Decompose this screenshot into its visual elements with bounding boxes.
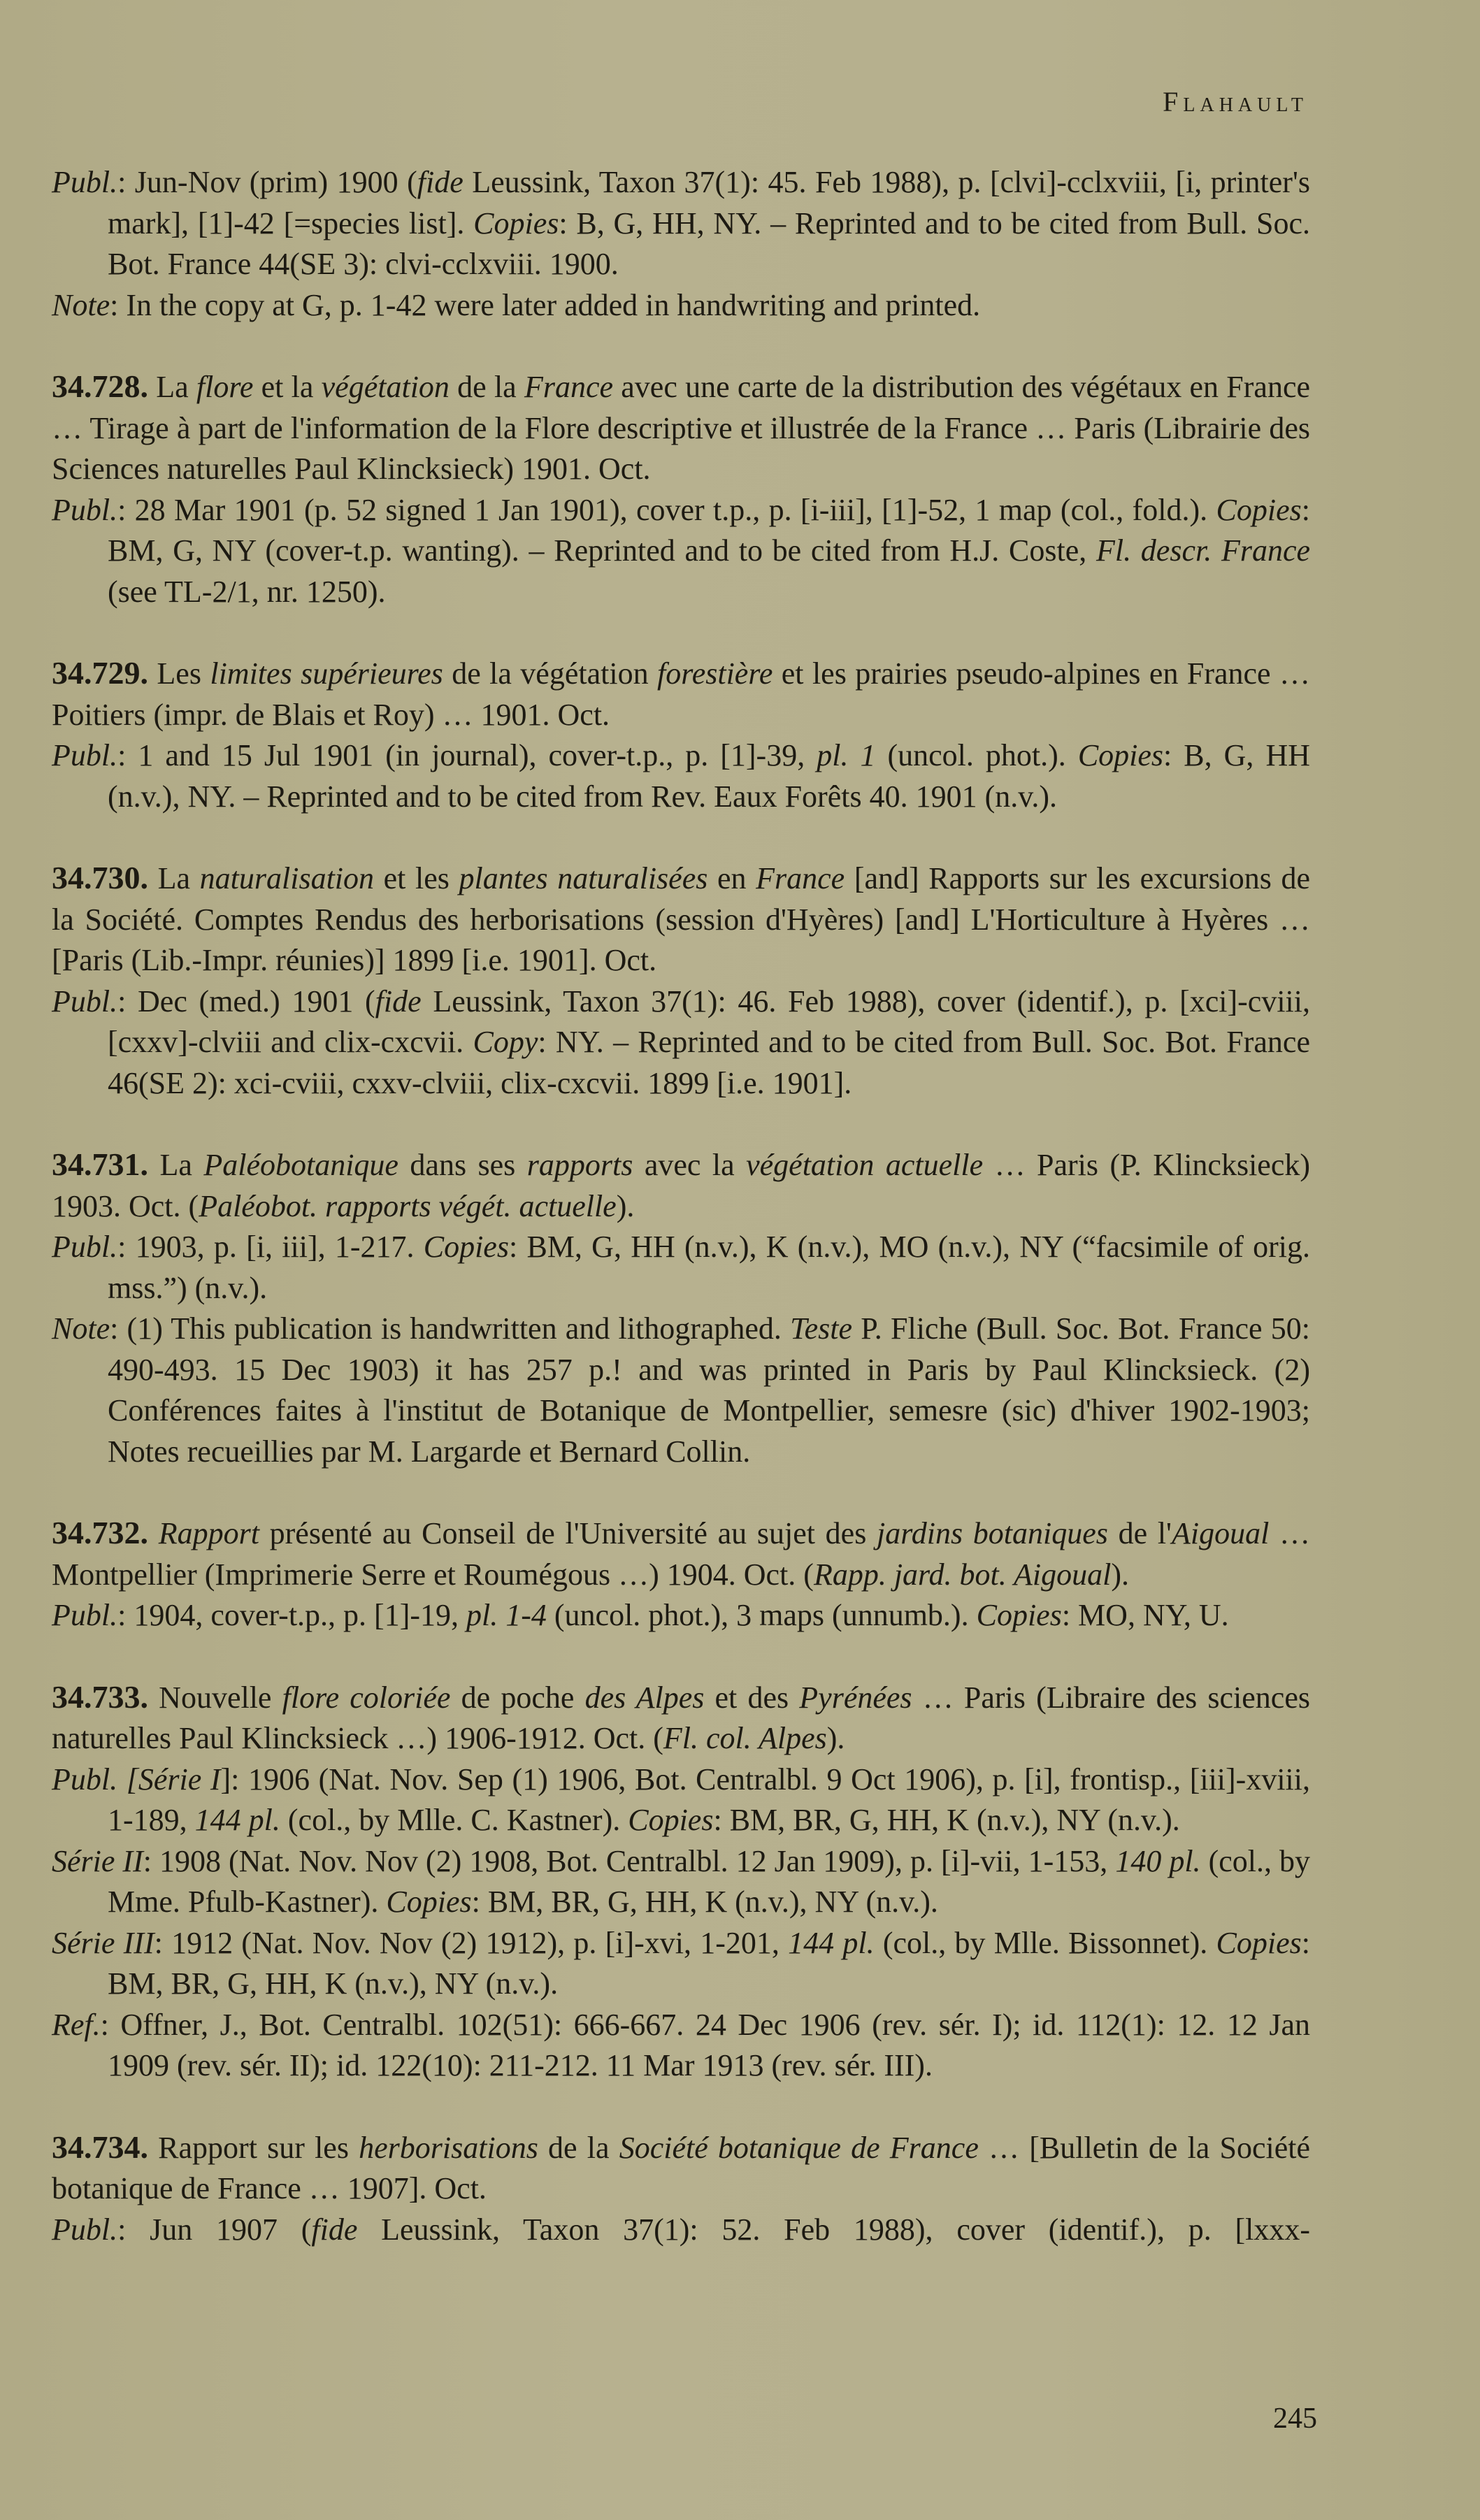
text: pl. 1: [817, 738, 875, 772]
text: forestière: [657, 656, 773, 691]
page-number: 245: [1273, 2402, 1317, 2435]
text: : 1912 (Nat. Nov. Nov (2) 1912), p. [i]-…: [155, 1926, 789, 1960]
entry-34-734: 34.734. Rapport sur les herborisations d…: [52, 2127, 1310, 2251]
copies-label: Copies: [628, 1803, 713, 1837]
publ-label: Publ.: [52, 2212, 117, 2247]
text: : Offner, J., Bot. Centralbl. 102(51): 6…: [101, 2008, 1310, 2083]
entry-number: 34.730.: [52, 860, 148, 895]
entry-34-733: 34.733. Nouvelle flore coloriée de poche…: [52, 1677, 1310, 2087]
publ-line: Publ.: 28 Mar 1901 (p. 52 signed 1 Jan 1…: [52, 490, 1310, 613]
serie-label: Série II: [52, 1844, 143, 1878]
fide: fide: [417, 165, 464, 199]
text: La: [148, 861, 200, 895]
book-page: Flahault Publ.: Jun-Nov (prim) 1900 (fid…: [0, 0, 1480, 2520]
text: des Alpes: [585, 1680, 705, 1715]
entry-34-731: 34.731. La Paléobotanique dans ses rappo…: [52, 1144, 1310, 1472]
running-head: Flahault: [1163, 85, 1308, 118]
text: : BM, BR, G, HH, K (n.v.), NY (n.v.).: [713, 1803, 1179, 1837]
publ-line: Publ.: 1 and 15 Jul 1901 (in journal), c…: [52, 735, 1310, 817]
copies-label: Copies: [1078, 738, 1163, 772]
fide: fide: [311, 2212, 357, 2247]
text: (uncol. phot.), 3 maps (unnumb.).: [547, 1598, 977, 1632]
entry-continuation: Publ.: Jun-Nov (prim) 1900 (fide Leussin…: [52, 162, 1310, 326]
serie-label: Série III: [52, 1926, 155, 1960]
entry-34-729: 34.729. Les limites supérieures de la vé…: [52, 653, 1310, 817]
text: herborisations: [359, 2131, 538, 2165]
text: La: [148, 1148, 203, 1182]
entry-number: 34.733.: [52, 1679, 148, 1715]
text: pl. 1-4: [466, 1598, 547, 1632]
text: en: [707, 861, 756, 895]
entry-number: 34.731.: [52, 1146, 148, 1182]
ref-label: Ref.: [52, 2008, 101, 2042]
text: Rapport: [159, 1516, 259, 1550]
text: : Jun-Nov (prim) 1900 (: [117, 165, 417, 199]
text: : In the copy at G, p. 1-42 were later a…: [110, 288, 980, 322]
text: naturalisation: [200, 861, 374, 895]
text: La: [148, 370, 196, 404]
text: Fl. col. Alpes: [663, 1721, 827, 1755]
text: flore coloriée: [282, 1680, 451, 1715]
text: végétation: [322, 370, 450, 404]
text: jardins botaniques: [877, 1516, 1108, 1550]
entry-number: 34.732.: [52, 1515, 148, 1550]
text: France: [756, 861, 845, 895]
text: (see TL-2/1, nr. 1250).: [108, 575, 386, 609]
text: rapports: [527, 1148, 633, 1182]
text: flore: [196, 370, 253, 404]
text: : Dec (med.) 1901 (: [117, 984, 375, 1018]
publ-label: Publ.: [52, 165, 117, 199]
entry-title: 34.729. Les limites supérieures de la vé…: [52, 653, 1310, 735]
entry-number: 34.734.: [52, 2129, 148, 2165]
text: Paléobotanique: [203, 1148, 398, 1182]
publ-line: Publ.: Jun 1907 (fide Leussink, Taxon 37…: [52, 2210, 1310, 2251]
publ-label: Publ.: [52, 1230, 117, 1264]
entry-34-730: 34.730. La naturalisation et les plantes…: [52, 858, 1310, 1104]
text: Société botanique de France: [619, 2131, 979, 2165]
text: : 28 Mar 1901 (p. 52 signed 1 Jan 1901),…: [117, 493, 1216, 527]
text: de poche: [450, 1680, 584, 1715]
text: : 1903, p. [i, iii], 1-217.: [117, 1230, 424, 1264]
publ-label: Publ.: [52, 1598, 117, 1632]
text: de la végétation: [443, 656, 657, 691]
entry-title: 34.733. Nouvelle flore coloriée de poche…: [52, 1677, 1310, 1759]
text: Série I: [138, 1762, 221, 1797]
text: et des: [704, 1680, 799, 1715]
serie-1-line: Publ. [Série I]: 1906 (Nat. Nov. Sep (1)…: [52, 1759, 1310, 1841]
text: Paléobot. rapports végét. actuelle: [199, 1189, 617, 1223]
text: de la: [450, 370, 524, 404]
text: ).: [617, 1189, 635, 1223]
copies-label: Copies: [1216, 493, 1302, 527]
text: ).: [1111, 1557, 1129, 1592]
text: : MO, NY, U.: [1062, 1598, 1229, 1632]
entry-title: 34.728. La flore et la végétation de la …: [52, 366, 1310, 490]
text: 140 pl.: [1115, 1844, 1200, 1878]
publ-line: Publ.: Jun-Nov (prim) 1900 (fide Leussin…: [52, 162, 1310, 285]
entry-34-732: 34.732. Rapport présenté au Conseil de l…: [52, 1513, 1310, 1636]
text: Fl. descr. France: [1096, 533, 1310, 568]
text: et les: [374, 861, 459, 895]
text: : (1) This publication is handwritten an…: [110, 1311, 790, 1346]
text: de la: [538, 2131, 619, 2165]
serie-3-line: Série III: 1912 (Nat. Nov. Nov (2) 1912)…: [52, 1923, 1310, 2005]
text: et la: [253, 370, 321, 404]
text: 144 pl.: [788, 1926, 874, 1960]
text: limites supérieures: [210, 656, 443, 691]
text: présenté au Conseil de l'Université au s…: [259, 1516, 877, 1550]
publ-label: Publ.: [52, 738, 117, 772]
entry-number: 34.728.: [52, 368, 148, 404]
copies-label: Copies: [386, 1885, 471, 1919]
copies-label: Copies: [977, 1598, 1062, 1632]
text: Leussink, Taxon 37(1): 52. Feb 1988), co…: [357, 2212, 1310, 2247]
copies-label: Copies: [1216, 1926, 1302, 1960]
entry-number: 34.729.: [52, 655, 148, 691]
text: plantes naturalisées: [459, 861, 708, 895]
text: Teste: [790, 1311, 852, 1346]
text: Pyrénées: [799, 1680, 912, 1715]
note-label: Note: [52, 1311, 110, 1346]
text: : BM, BR, G, HH, K (n.v.), NY (n.v.).: [472, 1885, 938, 1919]
entry-title: 34.731. La Paléobotanique dans ses rappo…: [52, 1144, 1310, 1227]
entry-34-728: 34.728. La flore et la végétation de la …: [52, 366, 1310, 612]
note-label: Note: [52, 288, 110, 322]
text: ]: [221, 1762, 231, 1797]
text: (col., by Mlle. C. Kastner).: [280, 1803, 628, 1837]
serie-2-line: Série II: 1908 (Nat. Nov. Nov (2) 1908, …: [52, 1841, 1310, 1923]
text: Les: [148, 656, 210, 691]
ref-line: Ref.: Offner, J., Bot. Centralbl. 102(51…: [52, 2005, 1310, 2087]
text: de l': [1108, 1516, 1172, 1550]
text: dans ses: [398, 1148, 527, 1182]
publ-label: Publ.: [52, 493, 117, 527]
text: végétation actuelle: [746, 1148, 983, 1182]
note-line: Note: (1) This publication is handwritte…: [52, 1309, 1310, 1472]
text: Aigoual: [1172, 1516, 1269, 1550]
text: (col., by Mlle. Bissonnet).: [875, 1926, 1216, 1960]
publ-line: Publ.: 1903, p. [i, iii], 1-217. Copies:…: [52, 1227, 1310, 1309]
text: avec la: [633, 1148, 746, 1182]
entry-title: 34.732. Rapport présenté au Conseil de l…: [52, 1513, 1310, 1595]
text: France: [524, 370, 613, 404]
text: : 1 and 15 Jul 1901 (in journal), cover-…: [117, 738, 817, 772]
text: 144 pl.: [195, 1803, 280, 1837]
publ-line: Publ.: Dec (med.) 1901 (fide Leussink, T…: [52, 981, 1310, 1104]
copies-label: Copies: [424, 1230, 509, 1264]
text: ).: [827, 1721, 845, 1755]
entry-title: 34.730. La naturalisation et les plantes…: [52, 858, 1310, 981]
text: Rapp. jard. bot. Aigoual: [814, 1557, 1111, 1592]
text: : 1908 (Nat. Nov. Nov (2) 1908, Bot. Cen…: [143, 1844, 1116, 1878]
copy-label: Copy: [473, 1025, 538, 1059]
publ-line: Publ.: 1904, cover-t.p., p. [1]-19, pl. …: [52, 1595, 1310, 1636]
body-text: Publ.: Jun-Nov (prim) 1900 (fide Leussin…: [52, 162, 1310, 2250]
text: (uncol. phot.).: [875, 738, 1077, 772]
text: : Jun 1907 (: [117, 2212, 311, 2247]
publ-label: Publ.: [52, 984, 117, 1018]
note-line: Note: In the copy at G, p. 1-42 were lat…: [52, 285, 1310, 326]
text: : 1904, cover-t.p., p. [1]-19,: [117, 1598, 466, 1632]
fide: fide: [375, 984, 422, 1018]
entry-title: 34.734. Rapport sur les herborisations d…: [52, 2127, 1310, 2210]
publ-label: Publ. [: [52, 1762, 138, 1797]
copies-label: Copies: [473, 206, 559, 240]
text: Nouvelle: [148, 1680, 282, 1715]
text: Rapport sur les: [148, 2131, 359, 2165]
